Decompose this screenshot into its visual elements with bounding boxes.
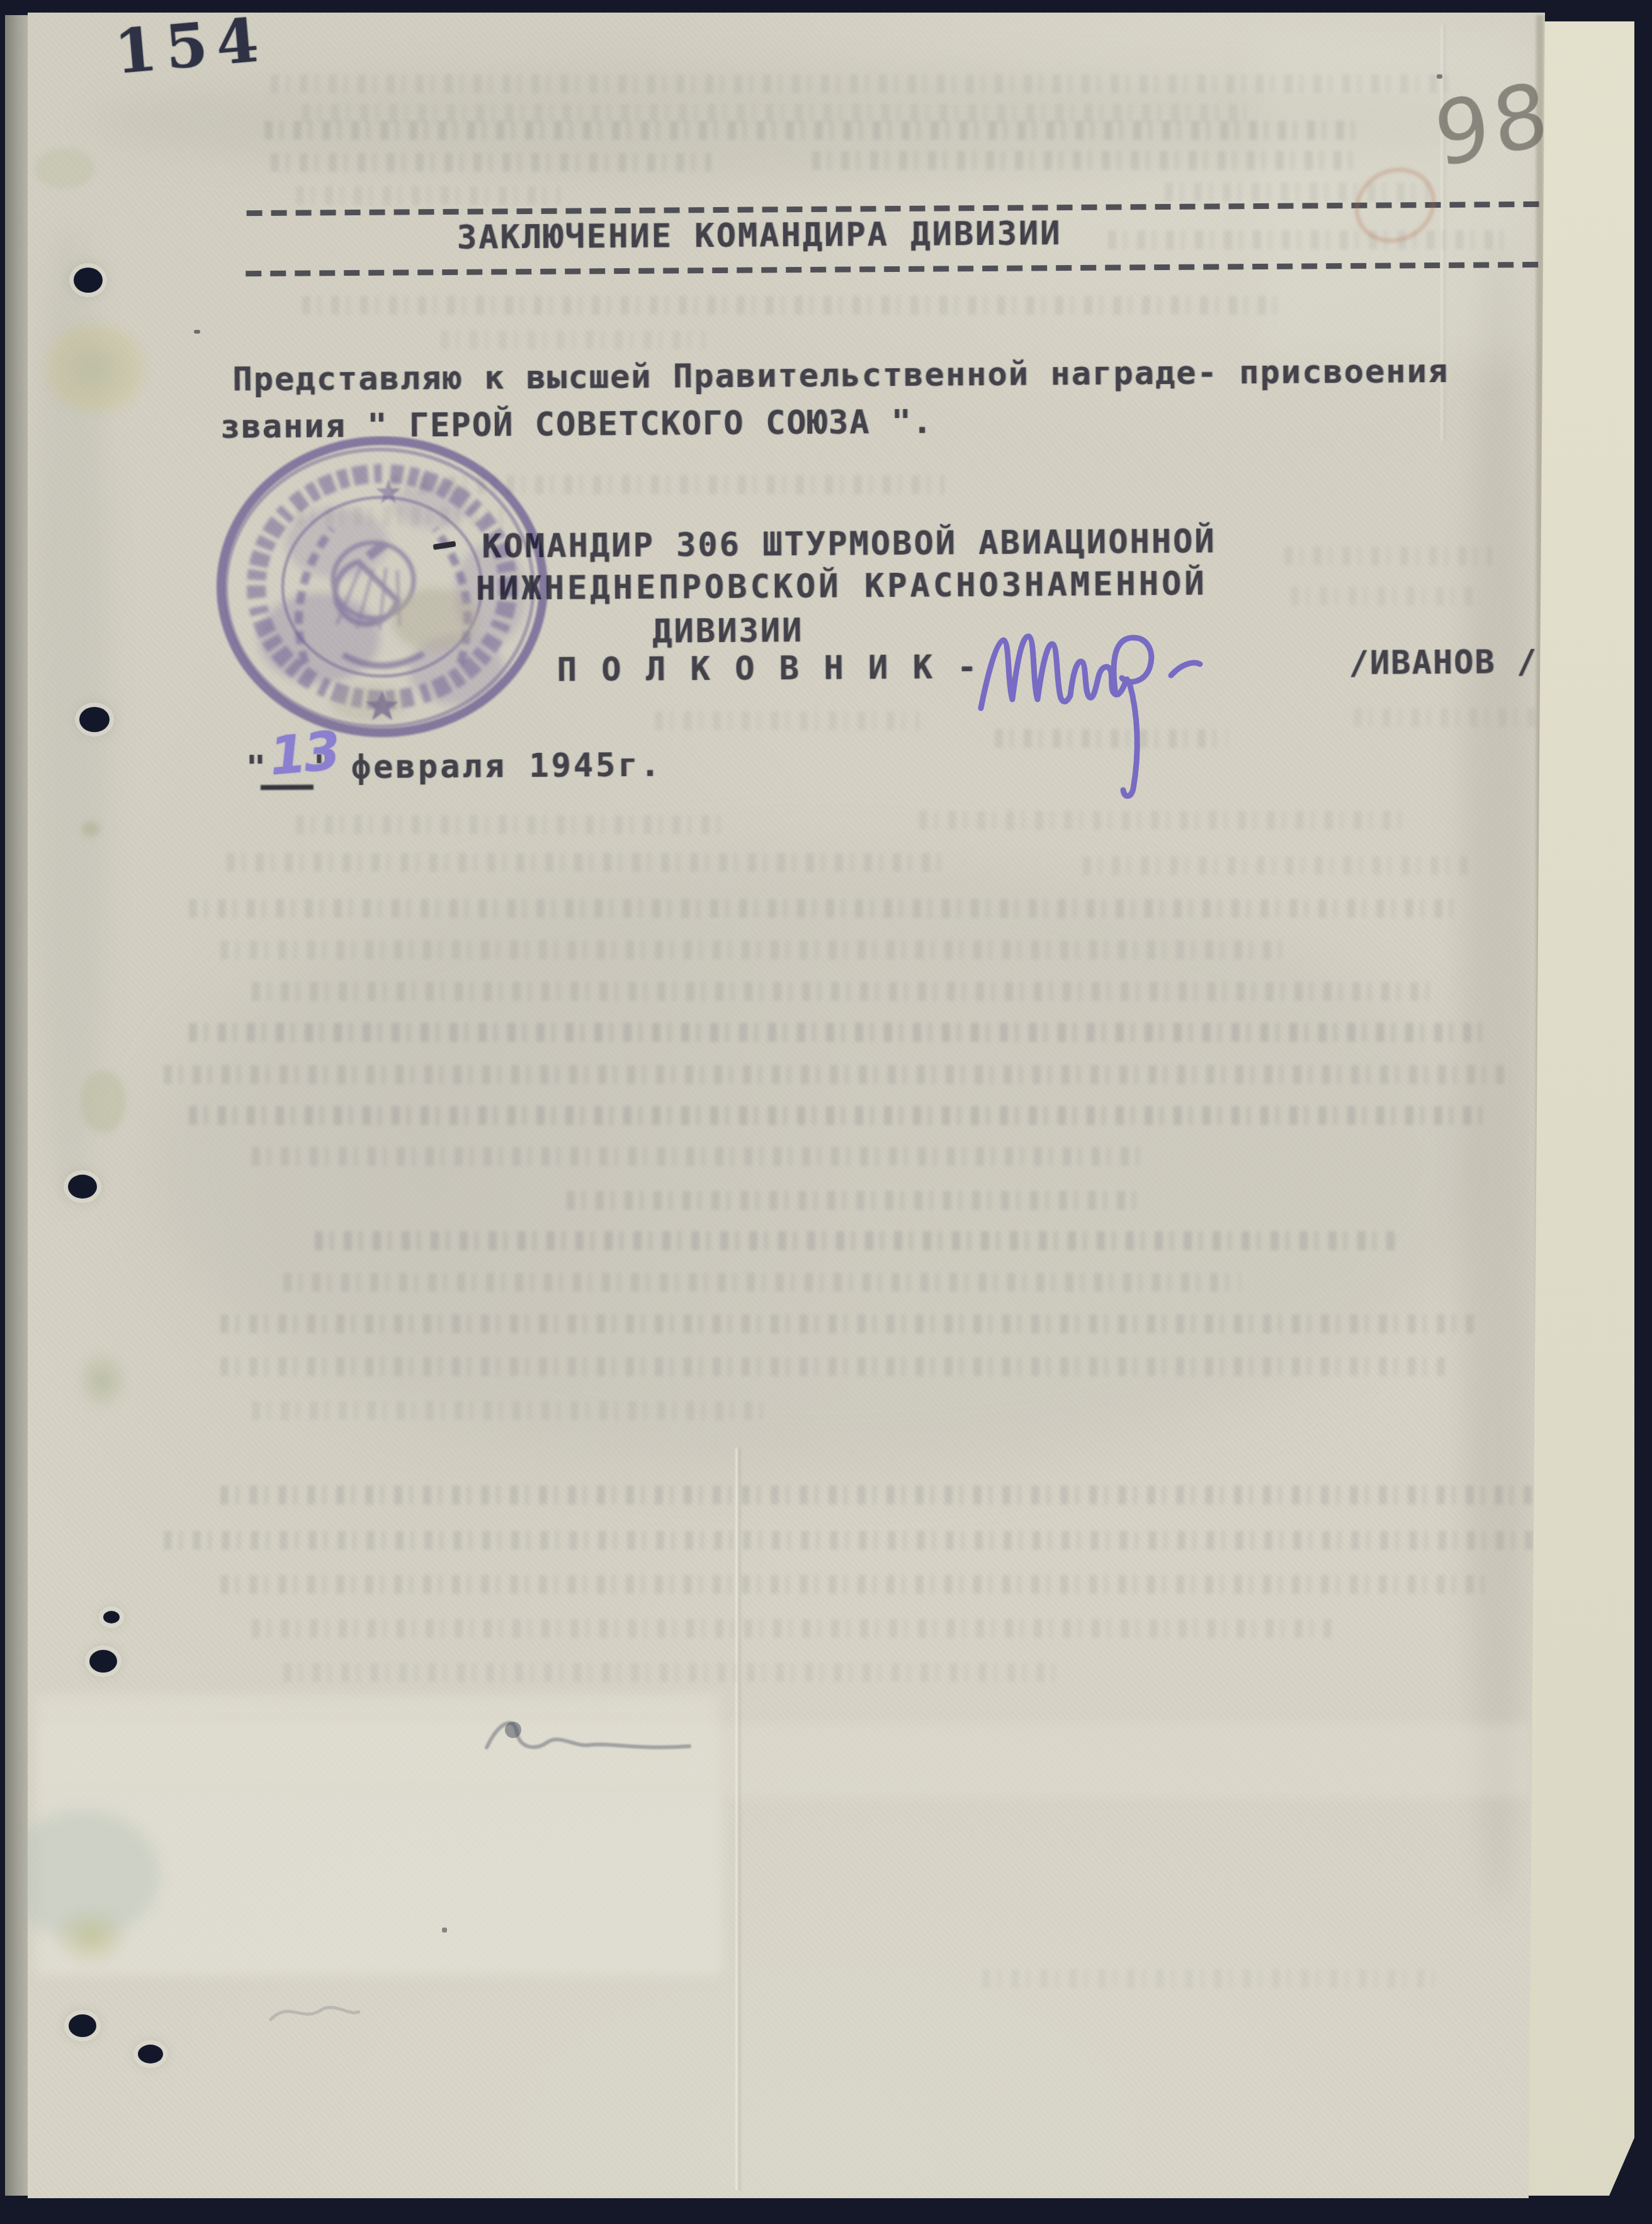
punch-hole bbox=[89, 1650, 117, 1673]
typed-dashed-rule bbox=[246, 262, 1540, 276]
page-number-stamp: 154 bbox=[112, 4, 270, 88]
pencil-squiggle bbox=[482, 1711, 702, 1761]
commander-line: ДИВИЗИИ bbox=[652, 613, 804, 650]
ink-speck bbox=[194, 330, 200, 334]
ink-speck bbox=[442, 1928, 447, 1933]
punch-hole bbox=[103, 1611, 120, 1623]
commander-line: КОМАНДИР 306 ШТУРМОВОЙ АВИАЦИОННОЙ bbox=[482, 524, 1216, 564]
punch-hole bbox=[74, 268, 103, 293]
pencil-squiggle bbox=[264, 1988, 365, 2032]
paragraph-line: Представляю к высшей Правительственной н… bbox=[232, 354, 1449, 397]
document-page: ЗАКЛЮЧЕНИЕ КОМАНДИРА ДИВИЗИИ Представляю… bbox=[0, 0, 1652, 2224]
commander-line: НИЖНЕДНЕПРОВСКОЙ КРАСНОЗНАМЕННОЙ bbox=[476, 567, 1208, 607]
scanned-document-photo: ЗАКЛЮЧЕНИЕ КОМАНДИРА ДИВИЗИИ Представляю… bbox=[0, 0, 1652, 2224]
document-title: ЗАКЛЮЧЕНИЕ КОМАНДИРА ДИВИЗИИ bbox=[457, 216, 1062, 256]
ink-speck bbox=[1437, 74, 1442, 79]
typed-text-layer: ЗАКЛЮЧЕНИЕ КОМАНДИРА ДИВИЗИИ Представляю… bbox=[0, 0, 1652, 2224]
punch-hole bbox=[68, 1175, 97, 1199]
surname-label: /ИВАНОВ / bbox=[1349, 645, 1537, 681]
typed-dashed-rule bbox=[247, 201, 1541, 216]
date-month-year: февраля 1945г. bbox=[351, 748, 663, 785]
signature-autograph bbox=[907, 620, 1221, 821]
punch-hole bbox=[79, 707, 110, 732]
official-stamp-soviet-seal bbox=[211, 436, 563, 747]
punch-hole bbox=[138, 2045, 163, 2063]
punch-hole bbox=[69, 2014, 96, 2037]
date-quote-open: " bbox=[246, 750, 266, 786]
